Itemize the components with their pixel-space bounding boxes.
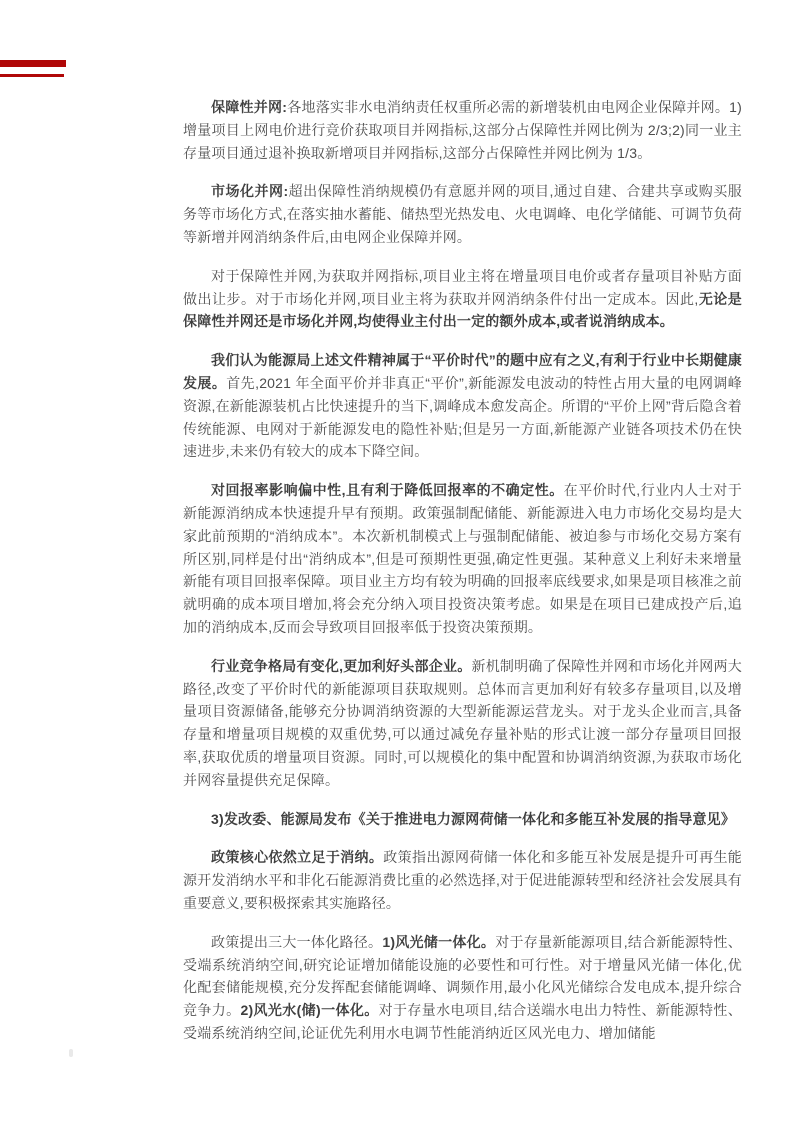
- text-run: 政策提出三大一体化路径。: [211, 934, 382, 950]
- paragraph: 行业竞争格局有变化,更加利好头部企业。新机制明确了保障性并网和市场化并网两大路径…: [183, 655, 742, 792]
- paragraph: 3)发改委、能源局发布《关于推进电力源网荷储一体化和多能互补发展的指导意见》: [183, 808, 742, 831]
- text-run: 行业竞争格局有变化,更加利好头部企业。: [211, 658, 471, 674]
- text-run: 政策核心依然立足于消纳。: [211, 849, 383, 865]
- header-rule-thick: [0, 60, 66, 67]
- text-run: 对回报率影响偏中性,且有利于降低回报率的不确定性。: [211, 482, 564, 498]
- text-run: 在平价时代,行业内人士对于新能源消纳成本快速提升早有预期。政策强制配储能、新能源…: [183, 482, 742, 635]
- text-run: 市场化并网:: [211, 183, 288, 199]
- paragraph: 保障性并网:各地落实非水电消纳责任权重所必需的新增装机由电网企业保障并网。1)增…: [183, 96, 742, 164]
- text-run: 3)发改委、能源局发布《关于推进电力源网荷储一体化和多能互补发展的指导意见》: [211, 811, 735, 827]
- paragraph: 政策核心依然立足于消纳。政策指出源网荷储一体化和多能互补发展是提升可再生能源开发…: [183, 846, 742, 914]
- text-run: 2)风光水(储)一体化。: [241, 1002, 379, 1018]
- text-run: 首先,2021 年全面平价并非真正“平价”,新能源发电波动的特性占用大量的电网调…: [183, 375, 742, 459]
- text-run: 新机制明确了保障性并网和市场化并网两大路径,改变了平价时代的新能源项目获取规则。…: [183, 658, 742, 788]
- paragraph: 对于保障性并网,为获取并网指标,项目业主将在增量项目电价或者存量项目补贴方面做出…: [183, 265, 742, 333]
- paragraph: 对回报率影响偏中性,且有利于降低回报率的不确定性。在平价时代,行业内人士对于新能…: [183, 479, 742, 639]
- text-run: 1)风光储一体化。: [382, 934, 495, 950]
- report-page: 保障性并网:各地落实非水电消纳责任权重所必需的新增装机由电网企业保障并网。1)增…: [0, 0, 793, 1122]
- text-run: 保障性并网:: [211, 99, 287, 115]
- page-artifact: [69, 1049, 73, 1057]
- header-rule-thin: [0, 74, 64, 77]
- paragraph: 政策提出三大一体化路径。1)风光储一体化。对于存量新能源项目,结合新能源特性、受…: [183, 931, 742, 1045]
- paragraph: 我们认为能源局上述文件精神属于“平价时代”的题中应有之义,有利于行业中长期健康发…: [183, 349, 742, 463]
- document-body: 保障性并网:各地落实非水电消纳责任权重所必需的新增装机由电网企业保障并网。1)增…: [183, 96, 742, 1061]
- text-run: 对于保障性并网,为获取并网指标,项目业主将在增量项目电价或者存量项目补贴方面做出…: [183, 268, 742, 307]
- paragraph: 市场化并网:超出保障性消纳规模仍有意愿并网的项目,通过自建、合建共享或购买服务等…: [183, 180, 742, 248]
